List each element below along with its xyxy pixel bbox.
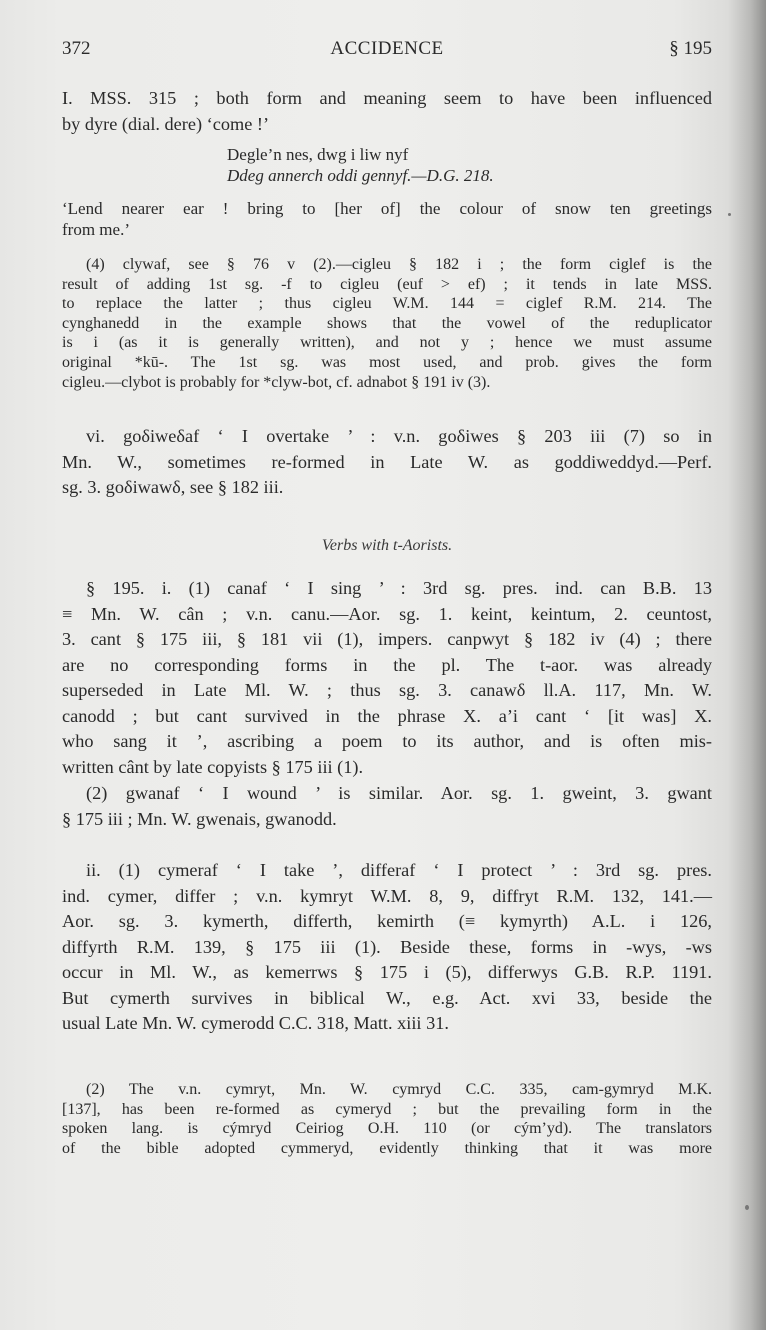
text-line: cynghanedd in the example shows that the…: [62, 314, 712, 334]
text-line: But cymerth survives in biblical W., e.g…: [62, 986, 712, 1012]
paper-speck: [728, 213, 731, 216]
text-line: sg. 3. goδiwawδ, see § 182 iii.: [62, 475, 712, 501]
text-line: I. MSS. 315 ; both form and meaning seem…: [62, 86, 712, 112]
text-line: cigleu.—clybot is probably for *clyw-bot…: [62, 373, 712, 393]
intro-paragraph: I. MSS. 315 ; both form and meaning seem…: [62, 86, 712, 137]
subheading: Verbs with t-Aorists.: [62, 537, 712, 555]
text-line: Aor. sg. 3. kymerth, differth, kemirth (…: [62, 909, 712, 935]
text-line: § 195. i. (1) canaf ‘ I sing ’ : 3rd sg.…: [62, 576, 712, 602]
text-line: original *kū-. The 1st sg. was most used…: [62, 353, 712, 373]
running-title: ACCIDENCE: [62, 38, 712, 60]
text-line: [137], has been re-formed as cymeryd ; b…: [62, 1100, 712, 1120]
text-line: is i (as it is generally written), and n…: [62, 333, 712, 353]
text-line: 3. cant § 175 iii, § 181 vii (1), impers…: [62, 627, 712, 653]
text-line: diffyrth R.M. 139, § 175 iii (1). Beside…: [62, 935, 712, 961]
text-line: of the bible adopted cymmeryd, evidently…: [62, 1139, 712, 1159]
text-line: by dyre (dial. dere) ‘come !’: [62, 112, 712, 138]
paper-speck: [745, 1205, 749, 1210]
text-line: occur in Ml. W., as kemerrws § 175 i (5)…: [62, 960, 712, 986]
text-line: Mn. W., sometimes re-formed in Late W. a…: [62, 450, 712, 476]
text-line: ind. cymer, differ ; v.n. kymryt W.M. 8,…: [62, 884, 712, 910]
text-line: vi. goδiweδaf ‘ I overtake ’ : v.n. goδi…: [62, 424, 712, 450]
section-195-i-paragraph: § 195. i. (1) canaf ‘ I sing ’ : 3rd sg.…: [62, 576, 712, 780]
verse-line: Degle’n nes, dwg i liw nyf: [227, 144, 494, 165]
text-line: canodd ; but cant survived in the phrase…: [62, 704, 712, 730]
note-4-paragraph: (4) clywaf, see § 76 v (2).—cigleu § 182…: [62, 255, 712, 392]
section-vi-paragraph: vi. goδiweδaf ‘ I overtake ’ : v.n. goδi…: [62, 424, 712, 501]
translation-paragraph: ‘Lend nearer ear ! bring to [her of] the…: [62, 198, 712, 240]
verse-quotation: Degle’n nes, dwg i liw nyf Ddeg annerch …: [227, 144, 494, 186]
section-195-i-2-paragraph: (2) gwanaf ‘ I wound ’ is similar. Aor. …: [62, 781, 712, 832]
text-line: ‘Lend nearer ear ! bring to [her of] the…: [62, 198, 712, 219]
text-line: (4) clywaf, see § 76 v (2).—cigleu § 182…: [62, 255, 712, 275]
running-header: 372 ACCIDENCE § 195: [62, 38, 712, 64]
text-line: superseded in Late Ml. W. ; thus sg. 3. …: [62, 678, 712, 704]
text-line: to replace the latter ; thus cigleu W.M.…: [62, 294, 712, 314]
text-line: usual Late Mn. W. cymerodd C.C. 318, Mat…: [62, 1011, 712, 1037]
text-line: from me.’: [62, 219, 712, 240]
text-line: result of adding 1st sg. -f to cigleu (e…: [62, 275, 712, 295]
text-line: who sang it ’, ascribing a poem to its a…: [62, 729, 712, 755]
section-number: § 195: [669, 38, 712, 60]
text-line: ≡ Mn. W. cân ; v.n. canu.—Aor. sg. 1. ke…: [62, 602, 712, 628]
text-line: ii. (1) cymeraf ‘ I take ’, differaf ‘ I…: [62, 858, 712, 884]
text-line: spoken lang. is cýmryd Ceiriog O.H. 110 …: [62, 1119, 712, 1139]
text-line: § 175 iii ; Mn. W. gwenais, gwanodd.: [62, 807, 712, 833]
text-line: written cânt by late copyists § 175 iii …: [62, 755, 712, 781]
section-195-ii-paragraph: ii. (1) cymeraf ‘ I take ’, differaf ‘ I…: [62, 858, 712, 1037]
text-line: (2) gwanaf ‘ I wound ’ is similar. Aor. …: [62, 781, 712, 807]
text-line: (2) The v.n. cymryt, Mn. W. cymryd C.C. …: [62, 1080, 712, 1100]
text-line: are no corresponding forms in the pl. Th…: [62, 653, 712, 679]
section-195-ii-2-paragraph: (2) The v.n. cymryt, Mn. W. cymryd C.C. …: [62, 1080, 712, 1158]
verse-line: Ddeg annerch oddi gennyf.—D.G. 218.: [227, 165, 494, 186]
